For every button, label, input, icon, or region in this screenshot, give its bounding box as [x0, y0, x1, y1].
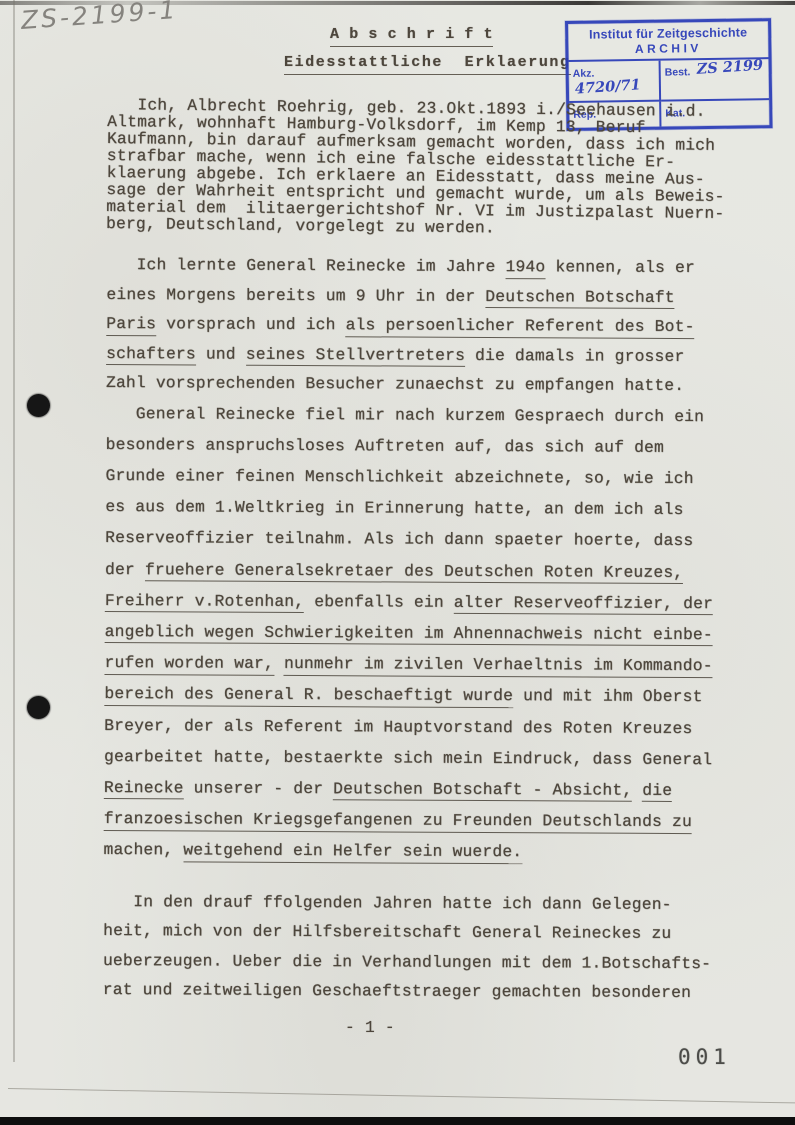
underlined-text: Deutschen Botschaft - Absicht,	[333, 779, 632, 802]
text-segment: es aus dem 1.Weltkrieg in Erinnerung hat…	[105, 497, 683, 519]
scanned-document-page: ZS-2199-1 A b s c h r i f t Eidesstattli…	[0, 0, 795, 1125]
text-segment: kennen, als er	[545, 257, 695, 277]
document-line: der fruehere Generalsekretaer des Deutsc…	[105, 554, 755, 589]
document-line: rat und zeitweiligen Geschaeftstraeger g…	[103, 975, 753, 1008]
paragraph: Ich, Albrecht Roehrig, geb. 23.Okt.1893 …	[106, 96, 758, 239]
underlined-text: fruehere Generalsekretaer des Deutschen …	[145, 560, 684, 584]
text-segment: rat und zeitweiligen Geschaeftstraeger g…	[103, 980, 691, 1002]
underlined-text: weitgehend ein Helfer sein wuerde.	[183, 841, 522, 864]
underlined-text: Freiherr v.Rotenhan,	[105, 591, 305, 614]
text-segment: Grunde einer feinen Menschlichkeit abzei…	[105, 466, 693, 488]
page-number: - 1 -	[345, 1018, 395, 1037]
text-segment: Zahl vorsprechenden Besucher zunaechst z…	[106, 373, 684, 395]
underlined-text: bereich des General R. beschaeftigt wurd…	[104, 684, 513, 708]
document-line: General Reinecke fiel mir nach kurzem Ge…	[106, 397, 756, 432]
document-line: franzoesischen Kriegsgefangenen zu Freun…	[104, 803, 754, 838]
paper-bottom-edge-line	[8, 1088, 795, 1104]
text-segment: und	[196, 344, 246, 363]
scan-bottom-edge-artifact	[0, 1117, 795, 1125]
underlined-text: Reinecke	[104, 778, 184, 800]
underlined-text: seines Stellvertreters	[246, 344, 465, 367]
document-line: Ich lernte General Reinecke im Jahre 194…	[107, 250, 757, 283]
document-line: gearbeitet hatte, bestaerkte sich mein E…	[104, 741, 754, 776]
folio-number-stamp: 001	[678, 1045, 731, 1069]
underlined-text: rufen worden war,	[104, 653, 274, 675]
document-line: rufen worden war, nunmehr im zivilen Ver…	[104, 647, 754, 682]
hole-punch-top	[27, 394, 50, 417]
text-segment: der	[105, 560, 145, 579]
document-line: heit, mich von der Hilfsbereitschaft Gen…	[103, 916, 753, 949]
document-line: Zahl vorsprechenden Besucher zunaechst z…	[106, 368, 756, 401]
underlined-text: nunmehr im zivilen Verhaeltnis im Komman…	[284, 654, 713, 678]
document-line: Grunde einer feinen Menschlichkeit abzei…	[105, 460, 755, 495]
text-segment: machen,	[104, 840, 184, 859]
document-line: angeblich wegen Schwierigkeiten im Ahnen…	[105, 616, 755, 651]
document-line: In den drauf ffolgenden Jahren hatte ich…	[103, 887, 753, 920]
underlined-text: 194o	[505, 257, 545, 279]
text-segment: ebenfalls ein	[304, 592, 454, 612]
text-segment: Ich lernte General Reinecke im Jahre	[137, 255, 506, 276]
text-segment: und mit ihm Oberst	[513, 686, 703, 706]
underlined-text: als persoenlicher Referent des Bot-	[346, 315, 695, 338]
document-line: Paris vorsprach und ich als persoenliche…	[106, 309, 756, 342]
text-segment: General Reinecke fiel mir nach kurzem Ge…	[136, 404, 704, 426]
document-line: besonders anspruchsloses Auftreten auf, …	[106, 429, 756, 464]
paper-fold-line	[13, 0, 15, 1062]
document-line: Reserveoffizier teilnahm. Als ich dann s…	[105, 522, 755, 557]
text-segment: unserer - der	[184, 778, 334, 798]
text-segment: Reserveoffizier teilnahm. Als ich dann s…	[105, 528, 693, 550]
text-segment: vorsprach und ich	[156, 314, 346, 334]
document-line: Reinecke unserer - der Deutschen Botscha…	[104, 772, 754, 807]
document-line: Breyer, der als Referent im Hauptvorstan…	[104, 710, 754, 745]
paragraph: In den drauf ffolgenden Jahren hatte ich…	[103, 887, 754, 1008]
underlined-text: schafters	[106, 343, 196, 365]
text-segment: gearbeitet hatte, bestaerkte sich mein E…	[104, 747, 712, 769]
underlined-text: alter Reserveoffizier, der	[454, 593, 713, 616]
document-line: eines Morgens bereits um 9 Uhr in der De…	[106, 279, 756, 312]
underlined-text: franzoesischen Kriegsgefangenen zu Freun…	[104, 809, 692, 834]
text-segment: ueberzeugen. Ueber die in Verhandlungen …	[103, 951, 711, 973]
paragraph: General Reinecke fiel mir nach kurzem Ge…	[103, 397, 755, 868]
document-body: Ich, Albrecht Roehrig, geb. 23.Okt.1893 …	[103, 0, 758, 1008]
underlined-text: angeblich wegen Schwierigkeiten im Ahnen…	[105, 622, 713, 647]
document-line: machen, weitgehend ein Helfer sein wuerd…	[103, 834, 753, 869]
text-segment: Breyer, der als Referent im Hauptvorstan…	[104, 716, 692, 738]
document-line: es aus dem 1.Weltkrieg in Erinnerung hat…	[105, 491, 755, 526]
text-segment: In den drauf ffolgenden Jahren hatte ich…	[133, 892, 671, 914]
underlined-text: Paris	[106, 314, 156, 336]
text-segment: die damals in grosser	[465, 345, 684, 365]
hole-punch-bottom	[27, 696, 50, 719]
document-line: bereich des General R. beschaeftigt wurd…	[104, 678, 754, 713]
text-segment: heit, mich von der Hilfsbereitschaft Gen…	[103, 921, 671, 943]
paragraph: Ich lernte General Reinecke im Jahre 194…	[106, 250, 757, 401]
underlined-text: die	[642, 781, 672, 803]
document-line: schafters und seines Stellvertreters die…	[106, 338, 756, 371]
underlined-text: Deutschen Botschaft	[485, 286, 675, 308]
document-line: Freiherr v.Rotenhan, ebenfalls ein alter…	[105, 585, 755, 620]
document-line: ueberzeugen. Ueber die in Verhandlungen …	[103, 946, 753, 979]
text-segment: eines Morgens bereits um 9 Uhr in der	[106, 284, 485, 305]
text-segment: besonders anspruchsloses Auftreten auf, …	[106, 435, 664, 457]
text-segment: berg, Deutschland, vorgelegt zu werden.	[106, 214, 495, 237]
